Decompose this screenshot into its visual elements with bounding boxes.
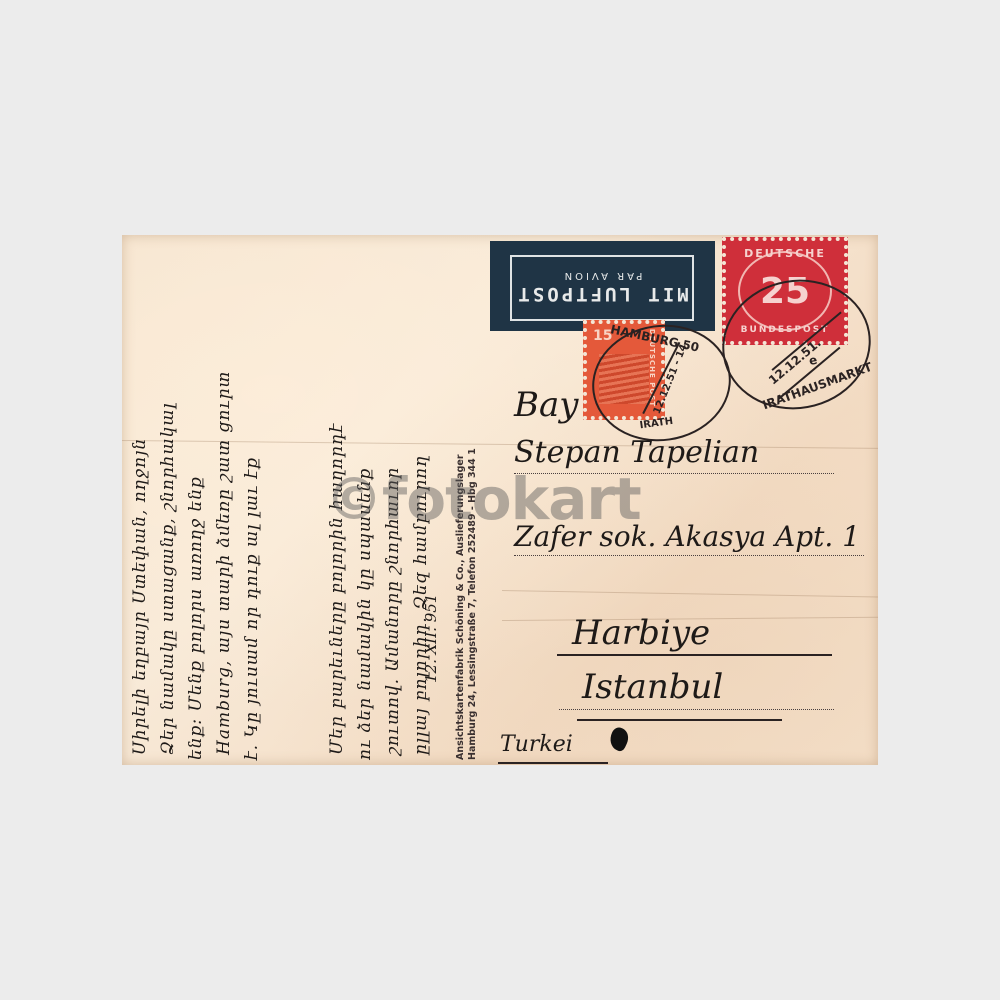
message-line: Hamburg, այս տարի ձմեռը շատ ցուրտ bbox=[214, 371, 234, 755]
address-underline bbox=[557, 654, 832, 656]
airmail-main-text: MIT LUFTPOST bbox=[515, 284, 688, 306]
message-date: 12. XII. 951 bbox=[422, 594, 440, 683]
airmail-label: MIT LUFTPOST PAR AVION bbox=[490, 241, 715, 331]
message-line: է. Կը յուսամ որ դուք ալ լաւ էք bbox=[242, 457, 262, 760]
airmail-sub-text: PAR AVION bbox=[562, 271, 643, 282]
address-line-4: Harbiye bbox=[572, 613, 710, 653]
address-line-6: Turkei bbox=[500, 732, 573, 757]
address-dotted-line bbox=[559, 709, 834, 710]
paper-crease bbox=[502, 590, 878, 598]
stamp-top-text: DEUTSCHE bbox=[726, 247, 844, 260]
address-underline bbox=[577, 719, 782, 721]
postmark-bottom-text: IRATH bbox=[639, 416, 674, 432]
address-dotted-line bbox=[514, 555, 864, 556]
message-line: Ձեր նամակը ստացանք, շնորհակալ bbox=[158, 402, 178, 755]
watermark: ©fotokart bbox=[325, 465, 641, 533]
address-underline bbox=[498, 762, 608, 764]
message-line: Սիրելի եղբայր Ստեփան, ողջոյն bbox=[130, 438, 150, 755]
message-line: ենք։ Մենք բոլորս առողջ ենք bbox=[186, 476, 206, 760]
address-line-5: Istanbul bbox=[582, 667, 723, 707]
postmark-date: 12.12.51 - 14 bbox=[652, 343, 690, 416]
address-line-1: Bay bbox=[514, 385, 578, 425]
